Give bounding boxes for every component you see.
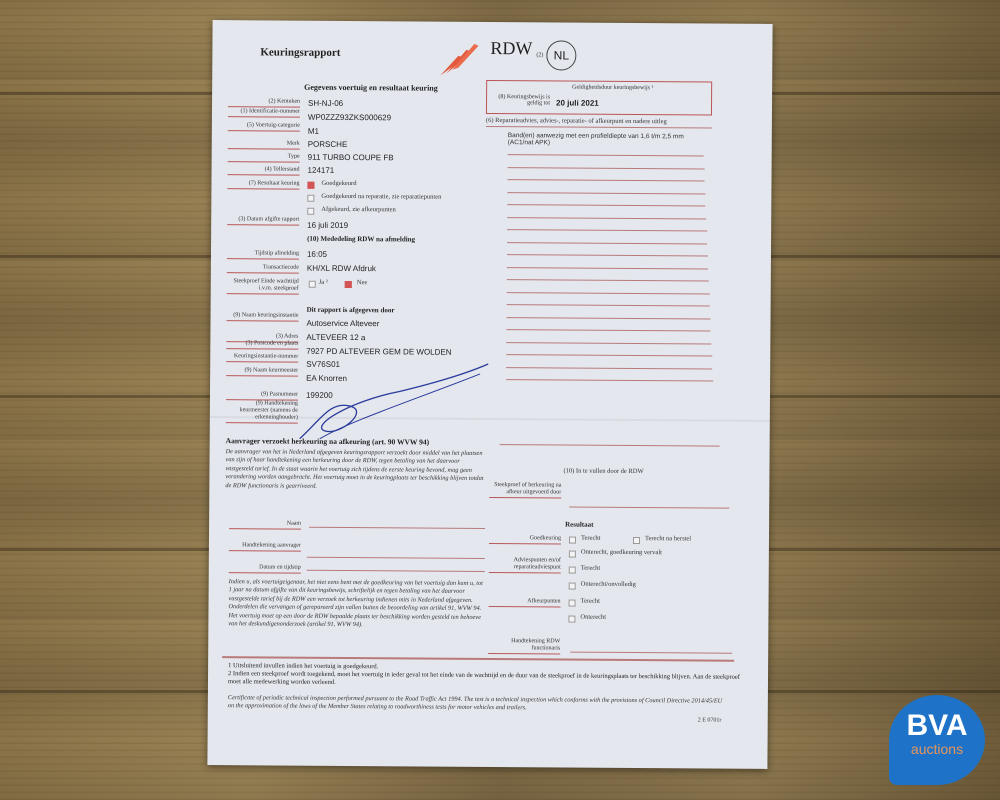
time-label: Tijdstip afmelding [227,250,299,259]
repair-input-line[interactable] [506,342,711,344]
result-title: Resultaat [565,521,593,529]
rdw-signature-input[interactable] [570,652,732,654]
type-value: 911 TURBO COUPE FB [308,153,394,163]
vin-value: WP0ZZZ93ZKS000629 [308,113,391,123]
issuer-address-value: ALTEVEER 12 a [306,333,365,342]
repair-input-line[interactable] [508,154,704,156]
document-title: Keuringsrapport [260,46,340,59]
repair-input-line[interactable] [507,242,707,244]
rdw-signature-label: Handtekening RDW functionaris [488,638,560,655]
repair-input-line[interactable] [507,317,711,319]
repair-section-title: (6) Reparatieadvies, advies-, reparatie-… [486,117,667,125]
make-value: PORSCHE [308,140,348,149]
sample-label: Steekproef Einde wachttijd i.v.m. steekp… [227,278,299,295]
approval-correct-after-repair-checkbox[interactable] [633,537,640,544]
rdw-logo-icon [438,42,478,78]
country-prefix: (2) [536,52,543,58]
issued-by-title: Dit rapport is afgegeven door [307,306,395,315]
transaction-label: Transactiecode [227,264,299,273]
issuer-label: (9) Naam keuringsinstantie [227,312,299,321]
date-label: (3) Datum afgifte rapport [227,216,299,225]
sample-yes-checkbox[interactable] [309,281,316,288]
bva-sub: auctions [889,741,985,757]
transaction-value: KH/XL RDW Afdruk [307,264,376,273]
footnotes: 1 Uitsluitend invullen indien het voertu… [228,662,748,690]
divider [500,444,720,447]
approval-option: Onterecht, goedkeuring vervalt [581,549,662,557]
approval-incorrect-checkbox[interactable] [569,551,576,558]
result-option: Goedgekeurd na reparatie, zie reparatiep… [321,193,441,201]
rdw-notice-title: (10) Mededeling RDW na afmelding [307,235,415,244]
field-label: (5) Voertuig-categorie [228,122,300,131]
requester-signature-label: Handtekening aanvrager [229,542,301,552]
inspection-report-document: Keuringsrapport RDW (2) NL Gegevens voer… [207,20,772,769]
advice-option: Terecht [581,565,600,572]
advice-incorrect-checkbox[interactable] [569,583,576,590]
reject-label: Afkeurpunten [489,598,561,607]
requester-signature-input[interactable] [307,557,485,559]
sample-no-checkbox[interactable] [345,281,352,288]
result-approved-after-repair-checkbox[interactable] [307,195,314,202]
bva-brand: BVA [889,711,985,741]
approval-correct-checkbox[interactable] [569,537,576,544]
field-label: Type [228,153,300,162]
repair-input-line[interactable] [507,179,704,181]
repair-input-line[interactable] [507,217,706,219]
performed-by-input[interactable] [569,507,729,509]
reinspection-text: De aanvrager van het in Nederland afgege… [225,448,485,492]
repair-input-line[interactable] [506,354,712,356]
repair-input-line[interactable] [508,167,705,169]
result-label: (7) Resultaat keuring [227,180,299,189]
issuer-name-value: Autoservice Alteveer [306,319,379,329]
repair-input-line[interactable] [506,367,712,369]
time-value: 16:05 [307,250,327,259]
validity-label: (8) Keuringsbewijs is geldig tot [494,94,550,106]
country-code-badge: NL [546,40,576,70]
repair-input-line[interactable] [507,192,705,194]
repair-input-line[interactable] [507,254,708,256]
signature-label: (9) Handtekening keurmeester (namens de … [226,400,298,424]
datetime-label: Datum en tijdstip [229,564,301,573]
divider [222,656,734,662]
sample-option: Nee [357,279,368,286]
reject-correct-checkbox[interactable] [569,600,576,607]
requester-name-input[interactable] [309,527,485,529]
repair-input-line[interactable] [507,304,710,306]
inspector-signature [290,361,491,442]
issuer-label: Keuringsinstantie-nummer [226,353,298,362]
divider [486,126,712,129]
repair-input-line[interactable] [507,229,707,231]
advice-label: Adviespunten en/of reparatieadviespunt [489,557,561,574]
vehicle-section-title: Gegevens voertuig en resultaat keuring [304,83,438,93]
objection-text: Indien u, als voertuigeigenaar, het niet… [228,578,486,630]
issuer-postcode-value: 7927 PD ALTEVEER GEM DE WOLDEN [306,347,451,357]
result-option: Goedgekeurd [321,180,356,187]
issuer-label: (9) Pasnummer [226,391,298,400]
advice-correct-checkbox[interactable] [569,567,576,574]
bva-auctions-watermark: BVA auctions [889,695,985,785]
field-label: (4) Tellerstand [228,166,300,175]
reject-option: Terecht [581,598,600,605]
repair-input-line[interactable] [506,379,713,381]
date-value: 16 juli 2019 [307,221,348,230]
repair-input-line[interactable] [507,267,708,269]
reject-option: Onterecht [580,614,606,621]
odometer-value: 124171 [308,166,335,175]
reject-incorrect-checkbox[interactable] [568,616,575,623]
rdw-fill-title: (10) In te vullen door de RDW [563,468,643,476]
field-label: Merk [228,140,300,149]
authority-name: RDW [490,38,532,59]
result-rejected-checkbox[interactable] [307,208,314,215]
performed-by-label: Steekproef of herkeuring na afkeur uitge… [489,482,561,499]
validity-date-value: 20 juli 2021 [556,98,599,107]
category-value: M1 [308,127,319,136]
repair-input-line[interactable] [506,329,710,331]
advice-option: Onterecht/onvolledig [581,581,636,588]
repair-lines [213,20,773,24]
certificate-text: Certificate of periodic technical inspec… [228,694,728,712]
footnote-2: 2 Indien een steekproef wordt toegekend,… [228,670,748,690]
validity-title: Geldigheidsduur keuringsbewijs ¹ [572,85,653,92]
form-code: 2 E 0701r [698,717,722,723]
field-label: (2) Kenteken [228,98,300,107]
approval-label: Goedkeuring [489,535,561,544]
approval-option: Terecht [581,535,600,542]
field-label: (1) Identificatie-nummer [228,108,300,117]
repair-input-line[interactable] [507,204,705,206]
sample-option: Ja ² [319,279,328,286]
repair-note: Band(en) aanwezig met een profieldiepte … [508,132,708,147]
requester-name-label: Naam [229,520,301,529]
repair-input-line[interactable] [507,292,710,294]
issuer-label: (3) Postcode en plaats [226,340,298,349]
approval-option: Terecht na herstel [645,535,691,542]
issuer-label: (9) Naam keurmeester [226,367,298,376]
registration-value: SH-NJ-06 [308,99,343,108]
result-option: Afgekeurd, zie afkeurpunten [321,206,396,214]
reinspection-title: Aanvrager verzoekt herkeuring na afkeuri… [226,436,430,446]
repair-input-line[interactable] [507,279,709,281]
datetime-input[interactable] [307,570,485,572]
result-approved-checkbox[interactable] [307,182,314,189]
